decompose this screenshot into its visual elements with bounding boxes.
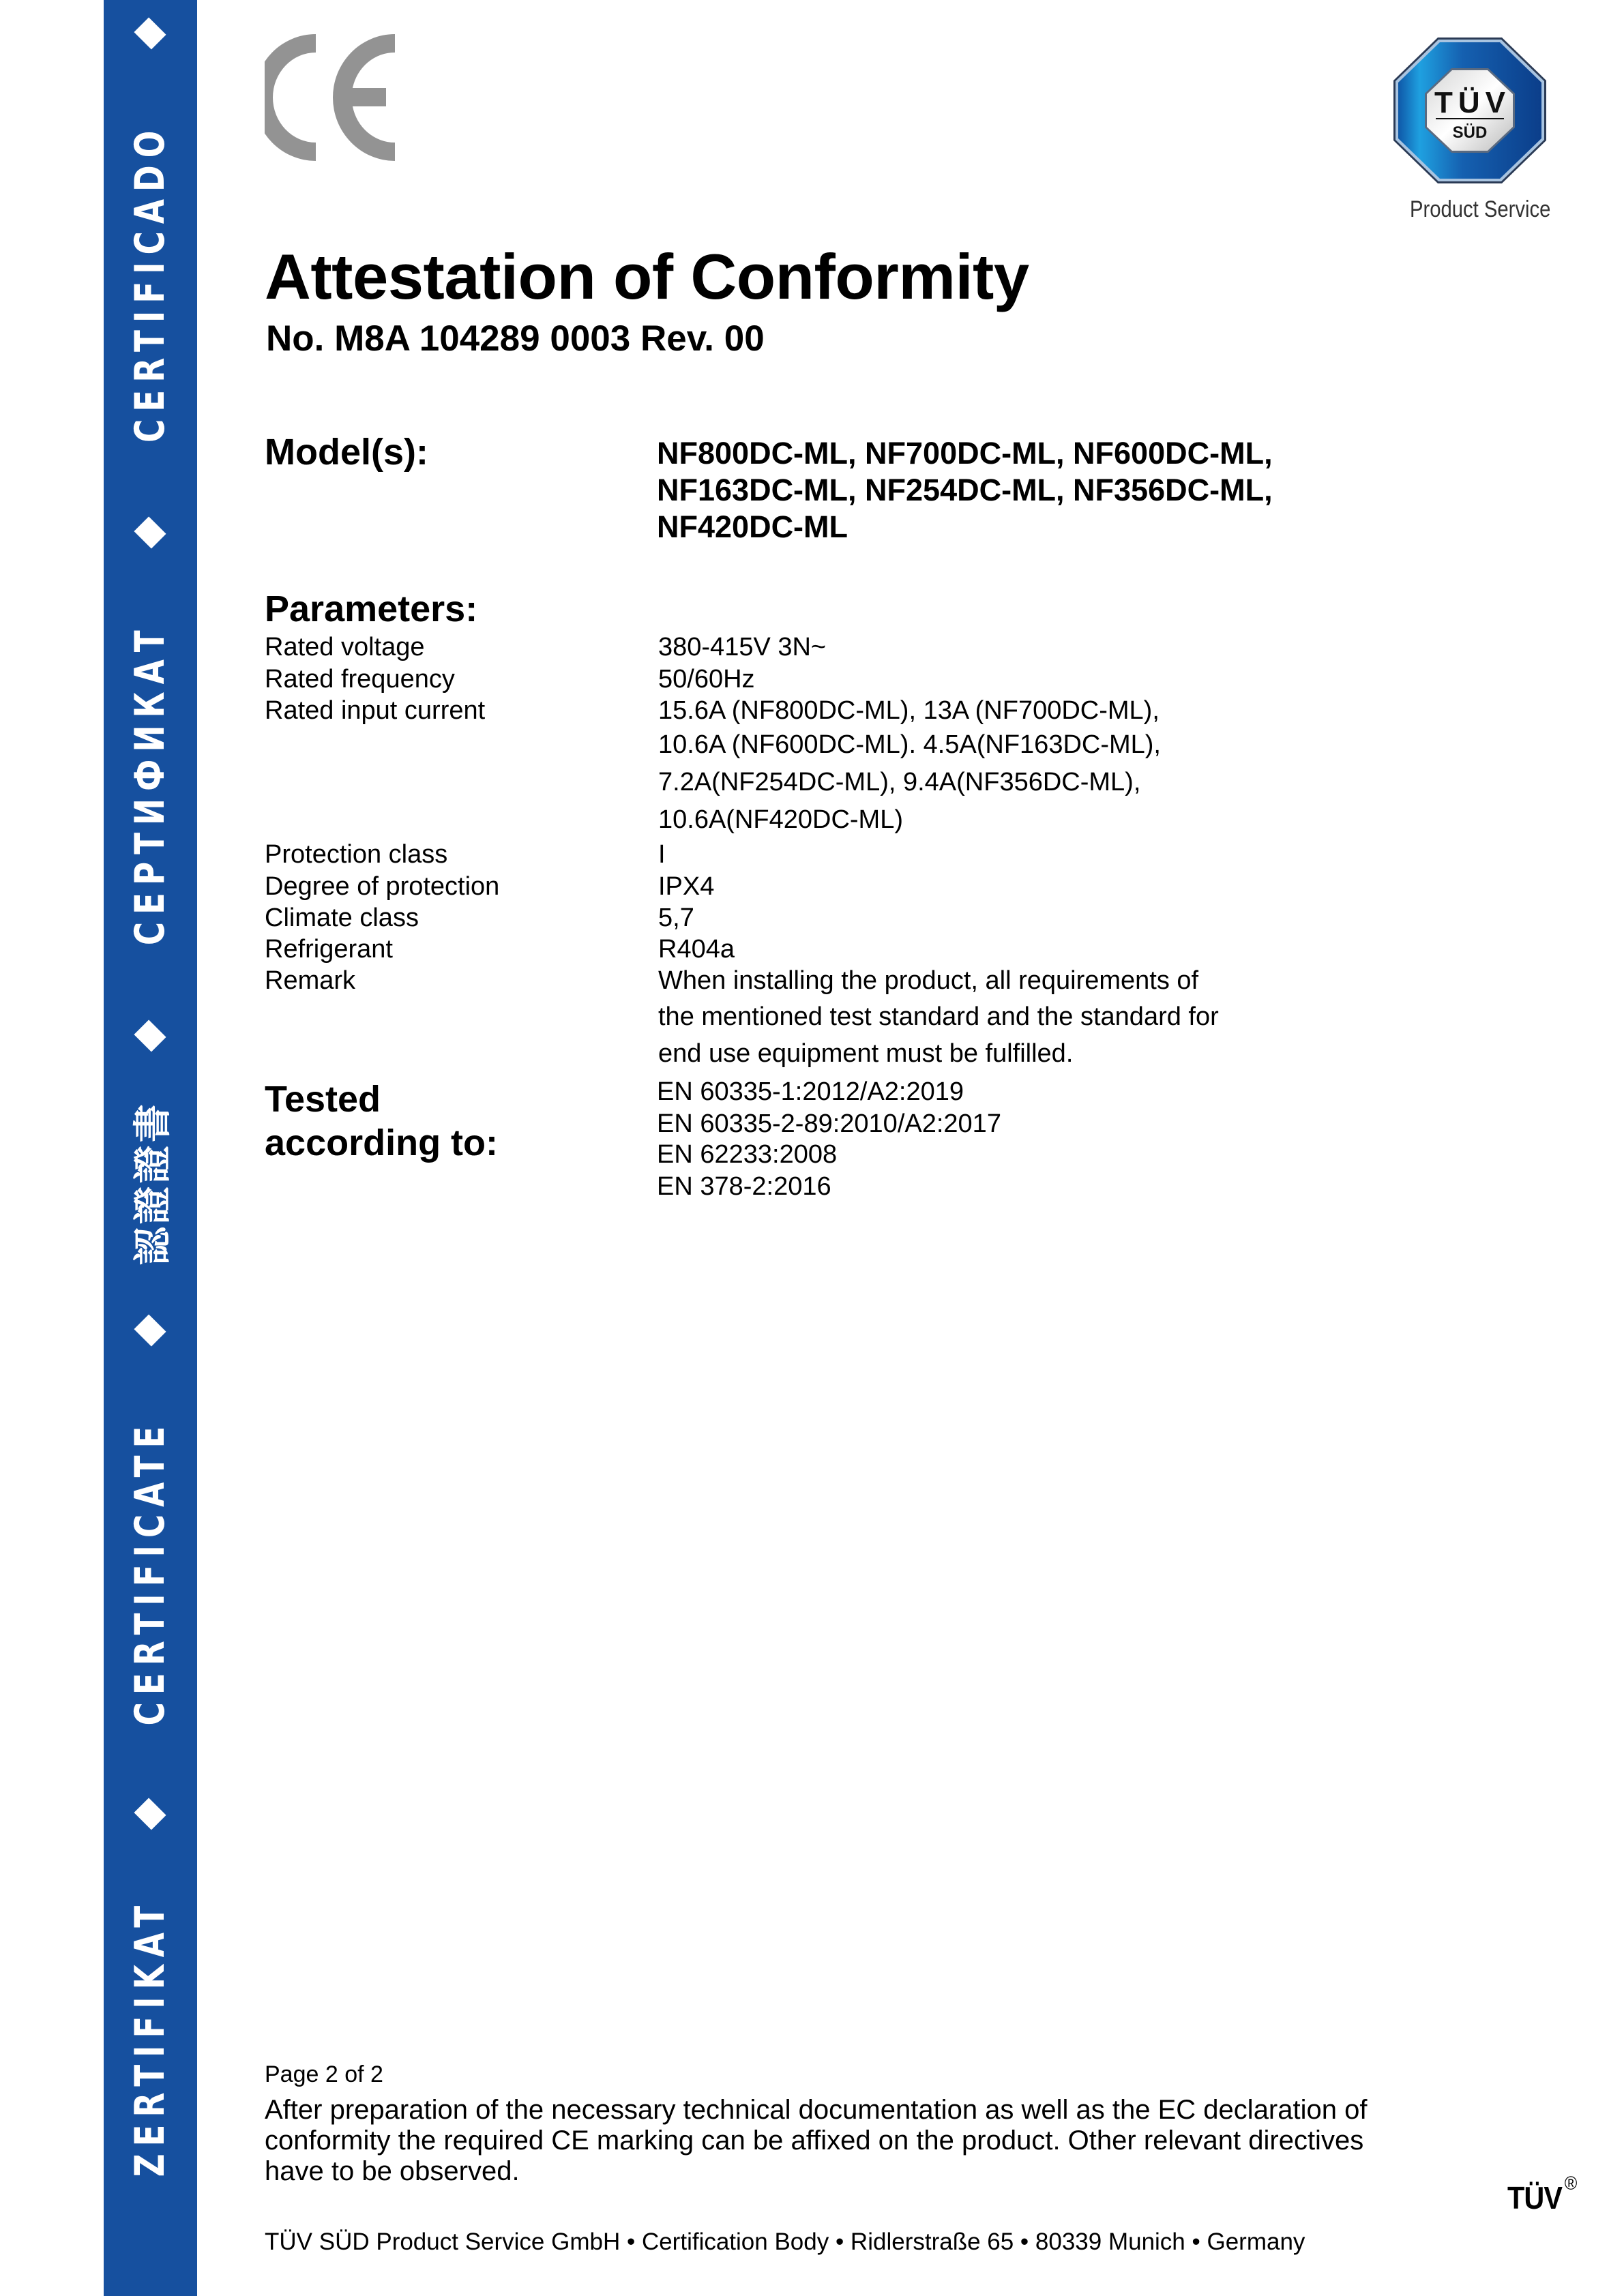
tested-label: Tested according to: <box>265 1077 498 1165</box>
param-value-rated-input-current: 15.6A (NF800DC-ML), 13A (NF700DC-ML), <box>658 696 1160 726</box>
param-value-protection-class: I <box>658 840 666 869</box>
param-label-climate-class: Climate class <box>265 904 419 933</box>
note-line: After preparation of the necessary techn… <box>265 2095 1424 2126</box>
diamond-icon <box>134 17 166 49</box>
tested-label-line: Tested <box>265 1077 498 1121</box>
param-label-degree-of-protection: Degree of protection <box>265 872 499 901</box>
ce-mark-icon <box>265 34 469 161</box>
param-label-rated-frequency: Rated frequency <box>265 665 455 694</box>
diamond-icon <box>134 1798 166 1830</box>
standard-item: EN 60335-2-89:2010/A2:2017 <box>657 1109 1001 1139</box>
certificate-number: No. M8A 104289 0003 Rev. 00 <box>266 318 765 359</box>
standard-item: EN 62233:2008 <box>657 1140 837 1169</box>
param-label-rated-voltage: Rated voltage <box>265 633 425 662</box>
param-value-remark: the mentioned test standard and the stan… <box>658 1002 1219 1032</box>
models-list: NF800DC-ML, NF700DC-ML, NF600DC-ML, NF16… <box>657 435 1273 546</box>
tuv-trademark-text: TÜV <box>1507 2180 1562 2216</box>
param-value-rated-input-current: 7.2A(NF254DC-ML), 9.4A(NF356DC-ML), <box>658 768 1140 797</box>
param-label-refrigerant: Refrigerant <box>265 935 393 964</box>
param-value-remark: end use equipment must be fulfilled. <box>658 1039 1073 1069</box>
page-number: Page 2 of 2 <box>265 2061 383 2088</box>
models-line: NF420DC-ML <box>657 509 1273 546</box>
ce-marking-note: After preparation of the necessary techn… <box>265 2095 1424 2187</box>
band-word-certificado: CERTIFICADO <box>130 123 171 443</box>
param-value-remark: When installing the product, all require… <box>658 966 1198 996</box>
tuv-trademark: TÜV® <box>1507 2179 1576 2216</box>
diamond-icon <box>134 517 166 549</box>
band-word-russian: СЕРТИФИКАТ <box>130 623 171 946</box>
standard-item: EN 378-2:2016 <box>657 1172 831 1202</box>
parameters-heading: Parameters: <box>265 588 477 630</box>
standard-item: EN 60335-1:2012/A2:2019 <box>657 1077 964 1107</box>
tested-label-line: according to: <box>265 1121 498 1165</box>
param-value-rated-input-current: 10.6A(NF420DC-ML) <box>658 805 903 835</box>
issuer-address: TÜV SÜD Product Service GmbH • Certifica… <box>265 2228 1305 2256</box>
param-label-remark: Remark <box>265 966 355 996</box>
models-line: NF800DC-ML, NF700DC-ML, NF600DC-ML, <box>657 435 1273 472</box>
param-value-refrigerant: R404a <box>658 935 735 964</box>
tuv-sud-logo: TÜV SÜD <box>1391 35 1548 185</box>
param-value-rated-frequency: 50/60Hz <box>658 665 755 694</box>
registered-icon: ® <box>1565 2173 1577 2194</box>
diamond-icon <box>134 1315 166 1347</box>
band-word-chinese: 認證證書 <box>123 1101 177 1265</box>
param-value-degree-of-protection: IPX4 <box>658 872 714 901</box>
param-label-rated-input-current: Rated input current <box>265 696 485 726</box>
param-value-rated-voltage: 380-415V 3N~ <box>658 633 826 662</box>
param-value-climate-class: 5,7 <box>658 904 694 933</box>
diamond-icon <box>134 1020 166 1052</box>
band-word-certificate: CERTIFICATE <box>130 1419 171 1726</box>
svg-text:TÜV: TÜV <box>1434 86 1506 119</box>
note-line: have to be observed. <box>265 2156 1424 2187</box>
note-line: conformity the required CE marking can b… <box>265 2126 1424 2156</box>
param-value-rated-input-current: 10.6A (NF600DC-ML). 4.5A(NF163DC-ML), <box>658 730 1161 760</box>
document-title: Attestation of Conformity <box>265 240 1029 314</box>
svg-text:SÜD: SÜD <box>1453 123 1488 142</box>
band-word-zertifikat: ZERTIFIKAT <box>130 1898 171 2177</box>
models-label: Model(s): <box>265 431 428 473</box>
param-label-protection-class: Protection class <box>265 840 447 869</box>
models-line: NF163DC-ML, NF254DC-ML, NF356DC-ML, <box>657 472 1273 509</box>
logo-caption: Product Service <box>1410 196 1527 223</box>
certificate-band-text: ZERTIFIKAT CERTIFICATE 認證證書 СЕРТИФИКАТ C… <box>126 0 174 2216</box>
